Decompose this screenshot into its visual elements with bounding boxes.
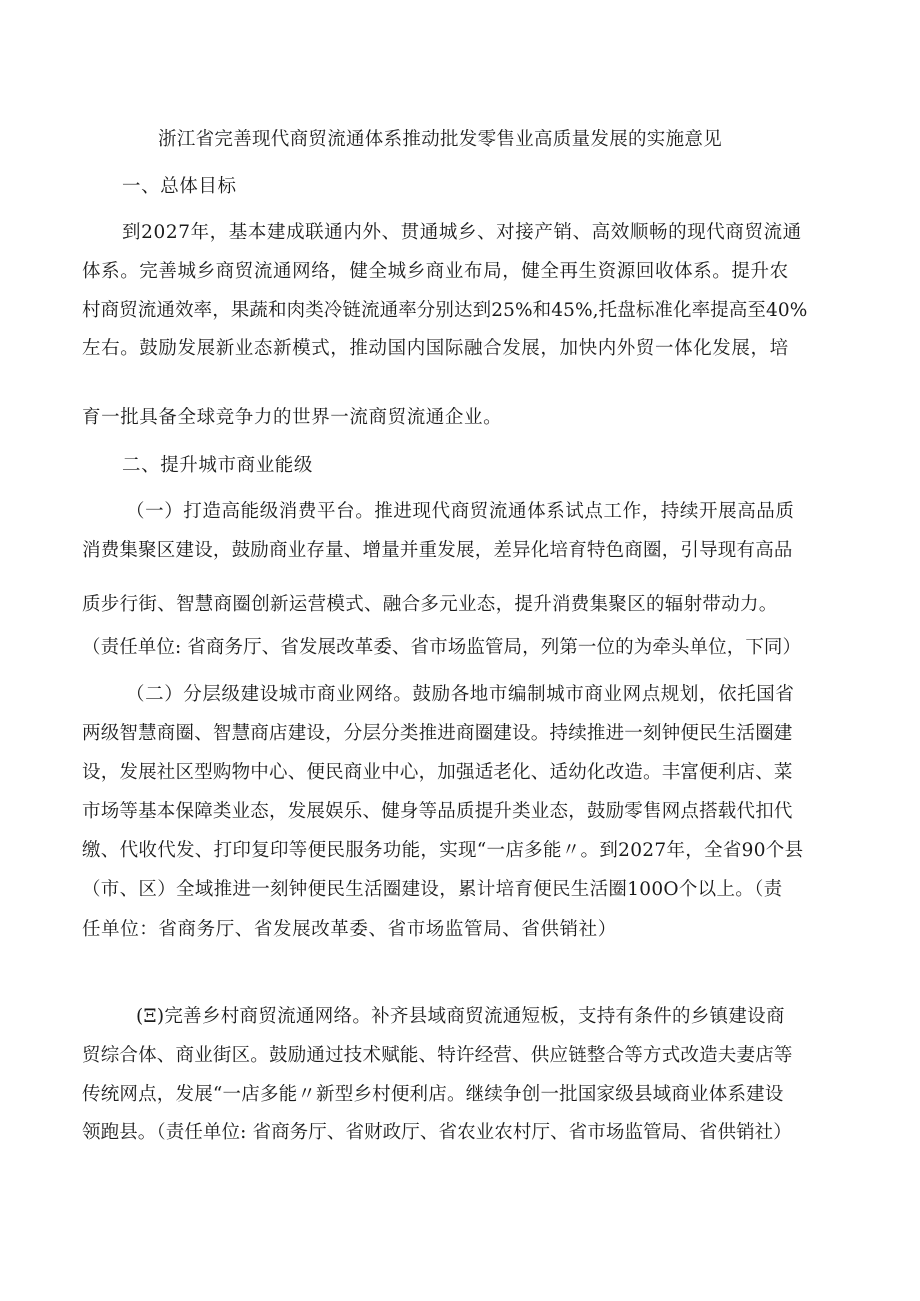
paragraph-line: 消费集聚区建设，鼓励商业存量、增量并重发展，差异化培育特色商圈，引导现有高品 — [82, 539, 793, 563]
paragraph-line: 村商贸流通效率，果蔬和肉类冷链流通率分别达到25%和45%,托盘标准化率提高至4… — [82, 299, 807, 323]
paragraph-line: （二）分层级建设城市商业网络。鼓励各地市编制城市商业网点规划，依托国省 — [126, 683, 795, 707]
paragraph-line: 传统网点，发展“一店多能〃新型乡村便利店。继续争创一批国家级县域商业体系建设 — [82, 1083, 784, 1107]
paragraph-line: 贸综合体、商业街区。鼓励通过技术赋能、特许经营、供应链整合等方式改造夫妻店等 — [82, 1044, 793, 1068]
paragraph-line: 左右。鼓励发展新业态新模式，推动国内国际融合发展，加快内外贸一体化发展，培 — [82, 337, 789, 361]
section-heading: 一、总体目标 — [122, 175, 237, 199]
paragraph-line: (Ξ)完善乡村商贸流通网络。补齐县域商贸流通短板，支持有条件的乡镇建设商 — [136, 1005, 785, 1029]
paragraph-line: （一）打造高能级消费平台。推进现代商贸流通体系试点工作，持续开展高品质 — [126, 500, 795, 524]
paragraph-line: 市场等基本保障类业态，发展娱乐、健身等品质提升类业态，鼓励零售网点搭载代扣代 — [82, 800, 793, 824]
paragraph-line: 设，发展社区型购物中心、便民商业中心，加强适老化、适幼化改造。丰富便利店、菜 — [82, 761, 793, 785]
paragraph-line: （责任单位: 省商务厅、省发展改革委、省市场监管局，列第一位的为牵头单位，下同） — [82, 636, 801, 660]
paragraph-line: 任单位：省商务厅、省发展改革委、省市场监管局、省供销社） — [82, 918, 617, 942]
paragraph-line: 育一批具备全球竞争力的世界一流商贸流通企业。 — [82, 406, 502, 430]
paragraph-line: 缴、代收代发、打印复印等便民服务功能，实现“一店多能〃。到2027年，全省90个… — [82, 839, 803, 863]
paragraph-line: 领跑县。（责任单位: 省商务厅、省财政厅、省农业农村厅、省市场监管局、省供销社） — [82, 1121, 792, 1145]
paragraph-line: 两级智慧商圈、智慧商店建设，分层分类推进商圈建设。持续推进一刻钟便民生活圈建 — [82, 722, 793, 746]
paragraph-line: 体系。完善城乡商贸流通网络，健全城乡商业布局，健全再生资源回收体系。提升农 — [82, 260, 789, 284]
document-title: 浙江省完善现代商贸流通体系推动批发零售业高质量发展的实施意见 — [158, 128, 722, 152]
paragraph-line: （市、区）全域推进一刻钟便民生活圈建设，累计培育便民生活圈100O个以上。（责 — [82, 878, 782, 902]
paragraph-line: 到2027年，基本建成联通内外、贯通城乡、对接产销、高效顺畅的现代商贸流通 — [122, 221, 802, 245]
section-heading: 二、提升城市商业能级 — [122, 454, 313, 478]
paragraph-line: 质步行街、智慧商圈创新运营模式、融合多元业态，提升消费集聚区的辐射带动力。 — [82, 593, 778, 617]
